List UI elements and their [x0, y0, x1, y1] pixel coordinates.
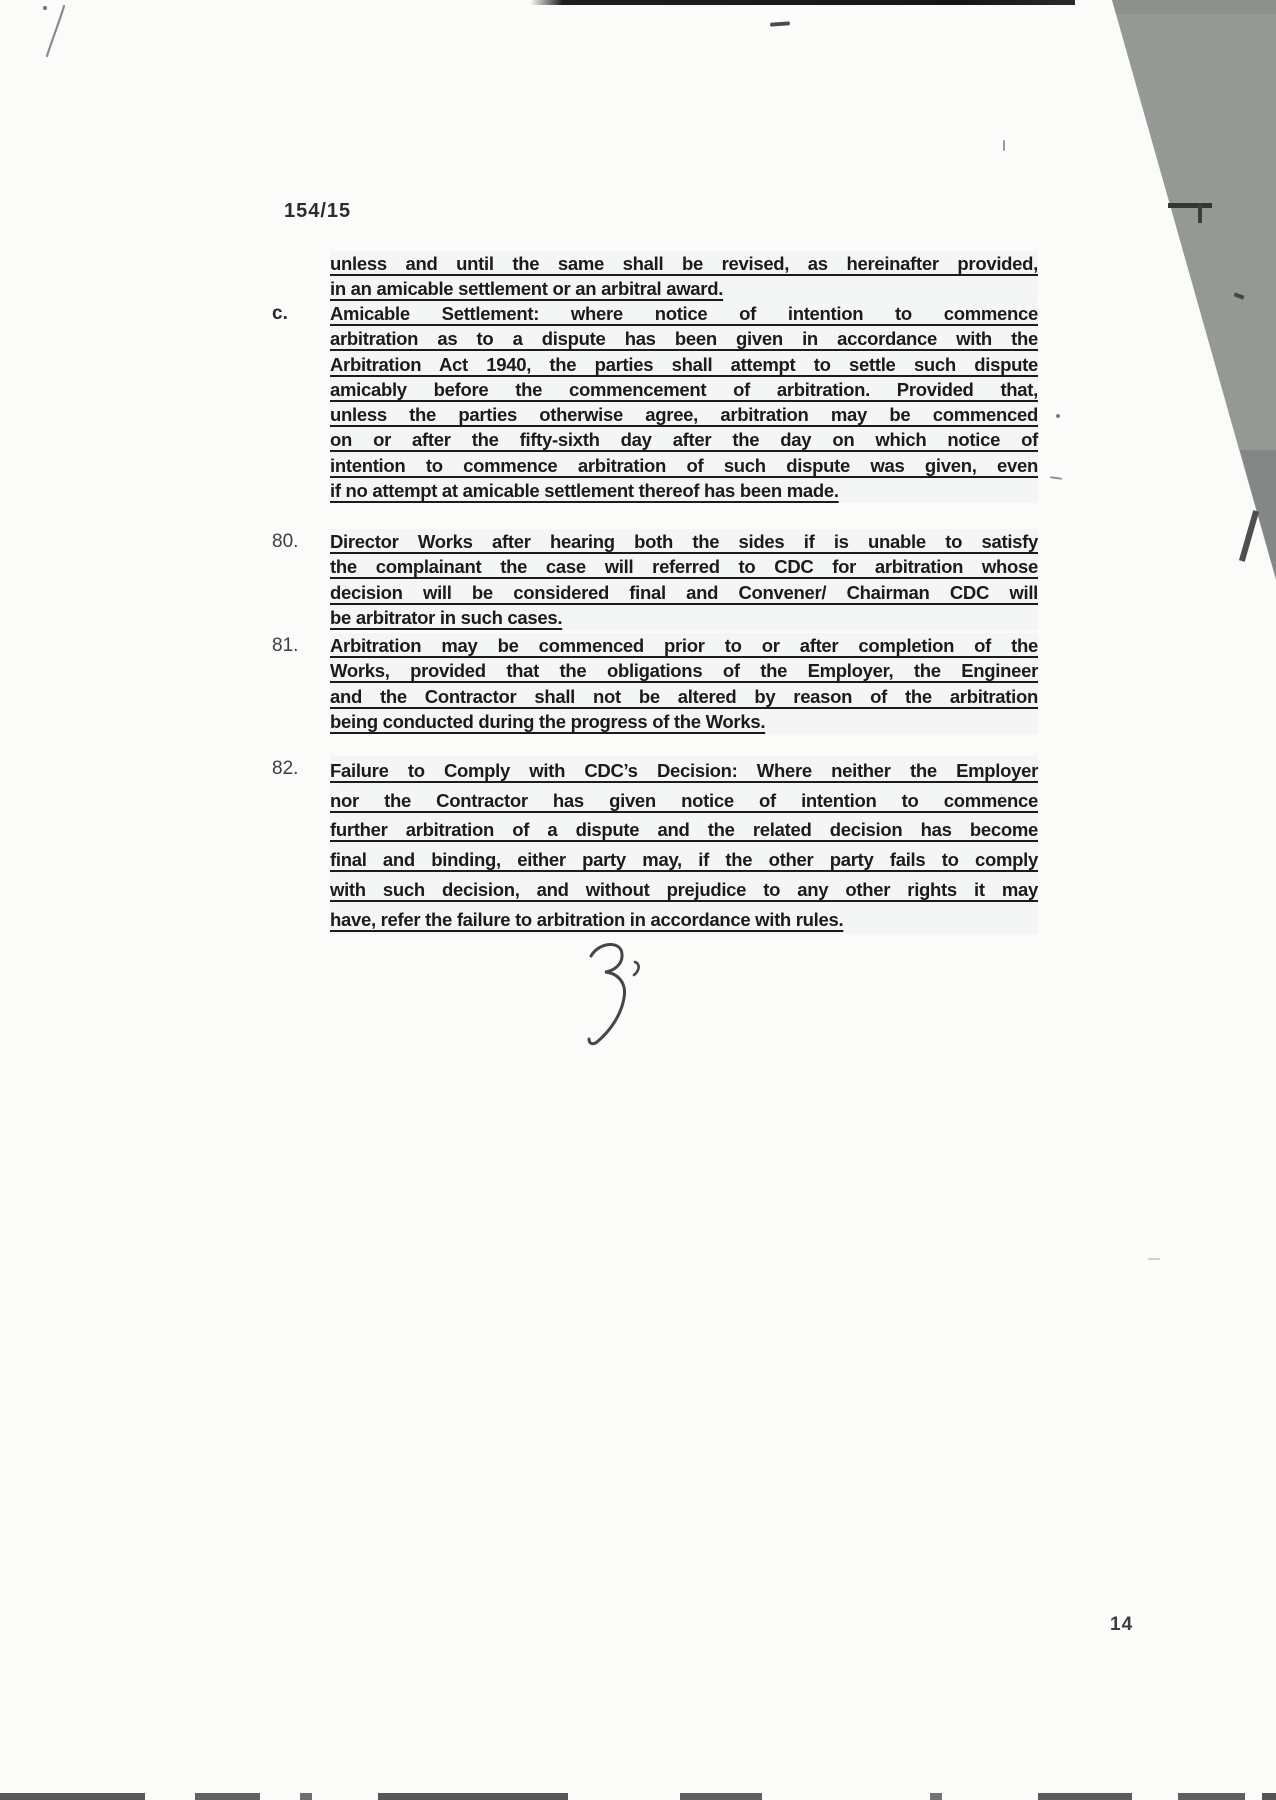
paragraph-text: Arbitration may be commenced prior to or… — [330, 633, 1038, 734]
scan-corner-shadow — [1106, 0, 1276, 580]
paragraph-label: 82. — [272, 756, 330, 781]
text-line: in an amicable settlement or an arbitral… — [330, 276, 1038, 301]
text-line: final and binding, either party may, if … — [330, 845, 1038, 875]
text-line: Director Works after hearing both the si… — [330, 529, 1038, 554]
paragraph-intro: unless and until the same shall be revis… — [272, 251, 1046, 302]
paragraph-text: Amicable Settlement: where notice of int… — [330, 301, 1038, 503]
text-line: if no attempt at amicable settlement the… — [330, 478, 1038, 503]
scan-top-edge-line — [530, 0, 1075, 5]
scan-top-dash-mark — [770, 21, 790, 26]
paragraph-81-arbitration-commencement: 81. Arbitration may be commenced prior t… — [272, 633, 1046, 734]
scan-speck — [1050, 476, 1062, 480]
paragraph-text: unless and until the same shall be revis… — [330, 251, 1038, 302]
scanned-document-page: 154/15 unless and until the same shall b… — [0, 0, 1276, 1800]
text-line: being conducted during the progress of t… — [330, 709, 1038, 734]
scan-speck — [1003, 140, 1005, 151]
text-line: arbitration as to a dispute has been giv… — [330, 326, 1038, 351]
paragraph-c-amicable-settlement: c. Amicable Settlement: where notice of … — [272, 301, 1046, 503]
text-line: Failure to Comply with CDC’s Decision: W… — [330, 756, 1038, 786]
text-line: the complainant the case will referred t… — [330, 554, 1038, 579]
text-line: Works, provided that the obligations of … — [330, 658, 1038, 683]
text-line: on or after the fifty-sixth day after th… — [330, 427, 1038, 452]
text-line: have, refer the failure to arbitration i… — [330, 905, 1038, 935]
text-line: amicably before the commencement of arbi… — [330, 377, 1038, 402]
pencil-stroke-mark — [36, 0, 86, 70]
scan-bottom-edge-line — [0, 1793, 1276, 1800]
text-line: nor the Contractor has given notice of i… — [330, 786, 1038, 816]
paragraph-label: c. — [272, 301, 330, 326]
text-line: unless the parties otherwise agree, arbi… — [330, 402, 1038, 427]
paragraph-text: Failure to Comply with CDC’s Decision: W… — [330, 756, 1038, 934]
text-line: Arbitration may be commenced prior to or… — [330, 633, 1038, 658]
text-line: Arbitration Act 1940, the parties shall … — [330, 352, 1038, 377]
paragraph-80-director-works: 80. Director Works after hearing both th… — [272, 529, 1046, 630]
text-line: intention to commence arbitration of suc… — [330, 453, 1038, 478]
paragraph-82-failure-to-comply: 82. Failure to Comply with CDC’s Decisio… — [272, 756, 1046, 934]
text-line: decision will be considered final and Co… — [330, 580, 1038, 605]
scan-speck — [1056, 414, 1060, 418]
paragraph-label: 80. — [272, 529, 330, 554]
text-line: and the Contractor shall not be altered … — [330, 684, 1038, 709]
scan-speck — [1148, 1258, 1160, 1260]
text-line: with such decision, and without prejudic… — [330, 875, 1038, 905]
text-line: further arbitration of a dispute and the… — [330, 815, 1038, 845]
paragraph-label: 81. — [272, 633, 330, 658]
page-number: 14 — [1110, 1614, 1133, 1636]
handwritten-mark: 3 — [575, 938, 675, 1048]
paragraph-text: Director Works after hearing both the si… — [330, 529, 1038, 630]
text-line: be arbitrator in such cases. — [330, 605, 1038, 630]
page-ref: 154/15 — [284, 200, 351, 223]
text-line: Amicable Settlement: where notice of int… — [330, 301, 1038, 326]
text-line: unless and until the same shall be revis… — [330, 251, 1038, 276]
